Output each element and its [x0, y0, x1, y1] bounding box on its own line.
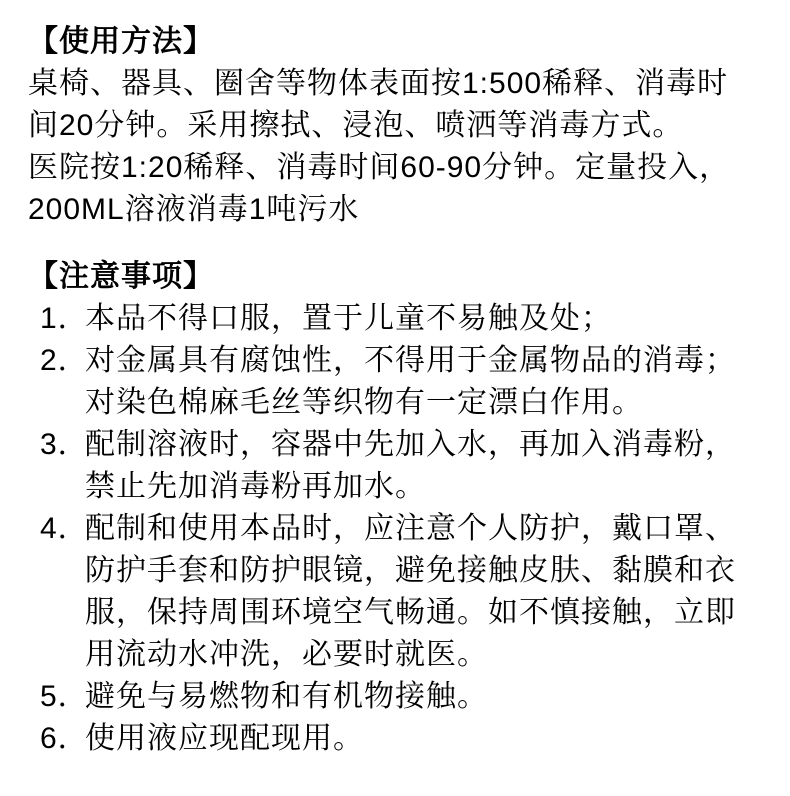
notice-item-4-number: 4．	[28, 508, 85, 550]
notice-item-1: 1．本品不得口服，置于儿童不易触及处；	[28, 298, 758, 340]
usage-paragraph-surface: 桌椅、器具、圈舍等物体表面按1:500稀释、消毒时间20分钟。采用擦拭、浸泡、喷…	[28, 63, 758, 147]
notice-item-3-number: 3．	[28, 424, 85, 466]
usage-section-title: 【使用方法】	[28, 21, 758, 63]
notice-section-title: 【注意事项】	[28, 256, 758, 298]
notice-item-5-text: 避免与易燃物和有机物接触。	[85, 680, 488, 713]
notice-section: 【注意事项】 1．本品不得口服，置于儿童不易触及处； 2．对金属具有腐蚀性，不得…	[28, 256, 758, 760]
usage-section: 【使用方法】 桌椅、器具、圈舍等物体表面按1:500稀释、消毒时间20分钟。采用…	[28, 21, 758, 231]
notice-item-1-text: 本品不得口服，置于儿童不易触及处；	[85, 302, 612, 335]
notice-item-4: 4．配制和使用本品时，应注意个人防护，戴口罩、防护手套和防护眼镜，避免接触皮肤、…	[28, 508, 758, 676]
notice-item-6-number: 6．	[28, 718, 85, 760]
notice-item-3-text: 配制溶液时，容器中先加入水，再加入消毒粉，禁止先加消毒粉再加水。	[85, 428, 736, 503]
notice-list: 1．本品不得口服，置于儿童不易触及处； 2．对金属具有腐蚀性，不得用于金属物品的…	[28, 298, 758, 760]
notice-item-6: 6．使用液应现配现用。	[28, 718, 758, 760]
notice-item-6-text: 使用液应现配现用。	[85, 722, 364, 755]
notice-item-2-text: 对金属具有腐蚀性，不得用于金属物品的消毒；对染色棉麻毛丝等织物有一定漂白作用。	[85, 344, 736, 419]
document-page: 【使用方法】 桌椅、器具、圈舍等物体表面按1:500稀释、消毒时间20分钟。采用…	[0, 0, 790, 796]
notice-item-4-text: 配制和使用本品时，应注意个人防护，戴口罩、防护手套和防护眼镜，避免接触皮肤、黏膜…	[85, 512, 736, 671]
notice-item-5: 5．避免与易燃物和有机物接触。	[28, 676, 758, 718]
notice-item-5-number: 5．	[28, 676, 85, 718]
notice-item-2: 2．对金属具有腐蚀性，不得用于金属物品的消毒；对染色棉麻毛丝等织物有一定漂白作用…	[28, 340, 758, 424]
notice-item-1-number: 1．	[28, 298, 85, 340]
notice-item-2-number: 2．	[28, 340, 85, 382]
usage-paragraph-hospital: 医院按1:20稀释、消毒时间60-90分钟。定量投入，200ML溶液消毒1吨污水	[28, 147, 758, 231]
notice-item-3: 3．配制溶液时，容器中先加入水，再加入消毒粉，禁止先加消毒粉再加水。	[28, 424, 758, 508]
